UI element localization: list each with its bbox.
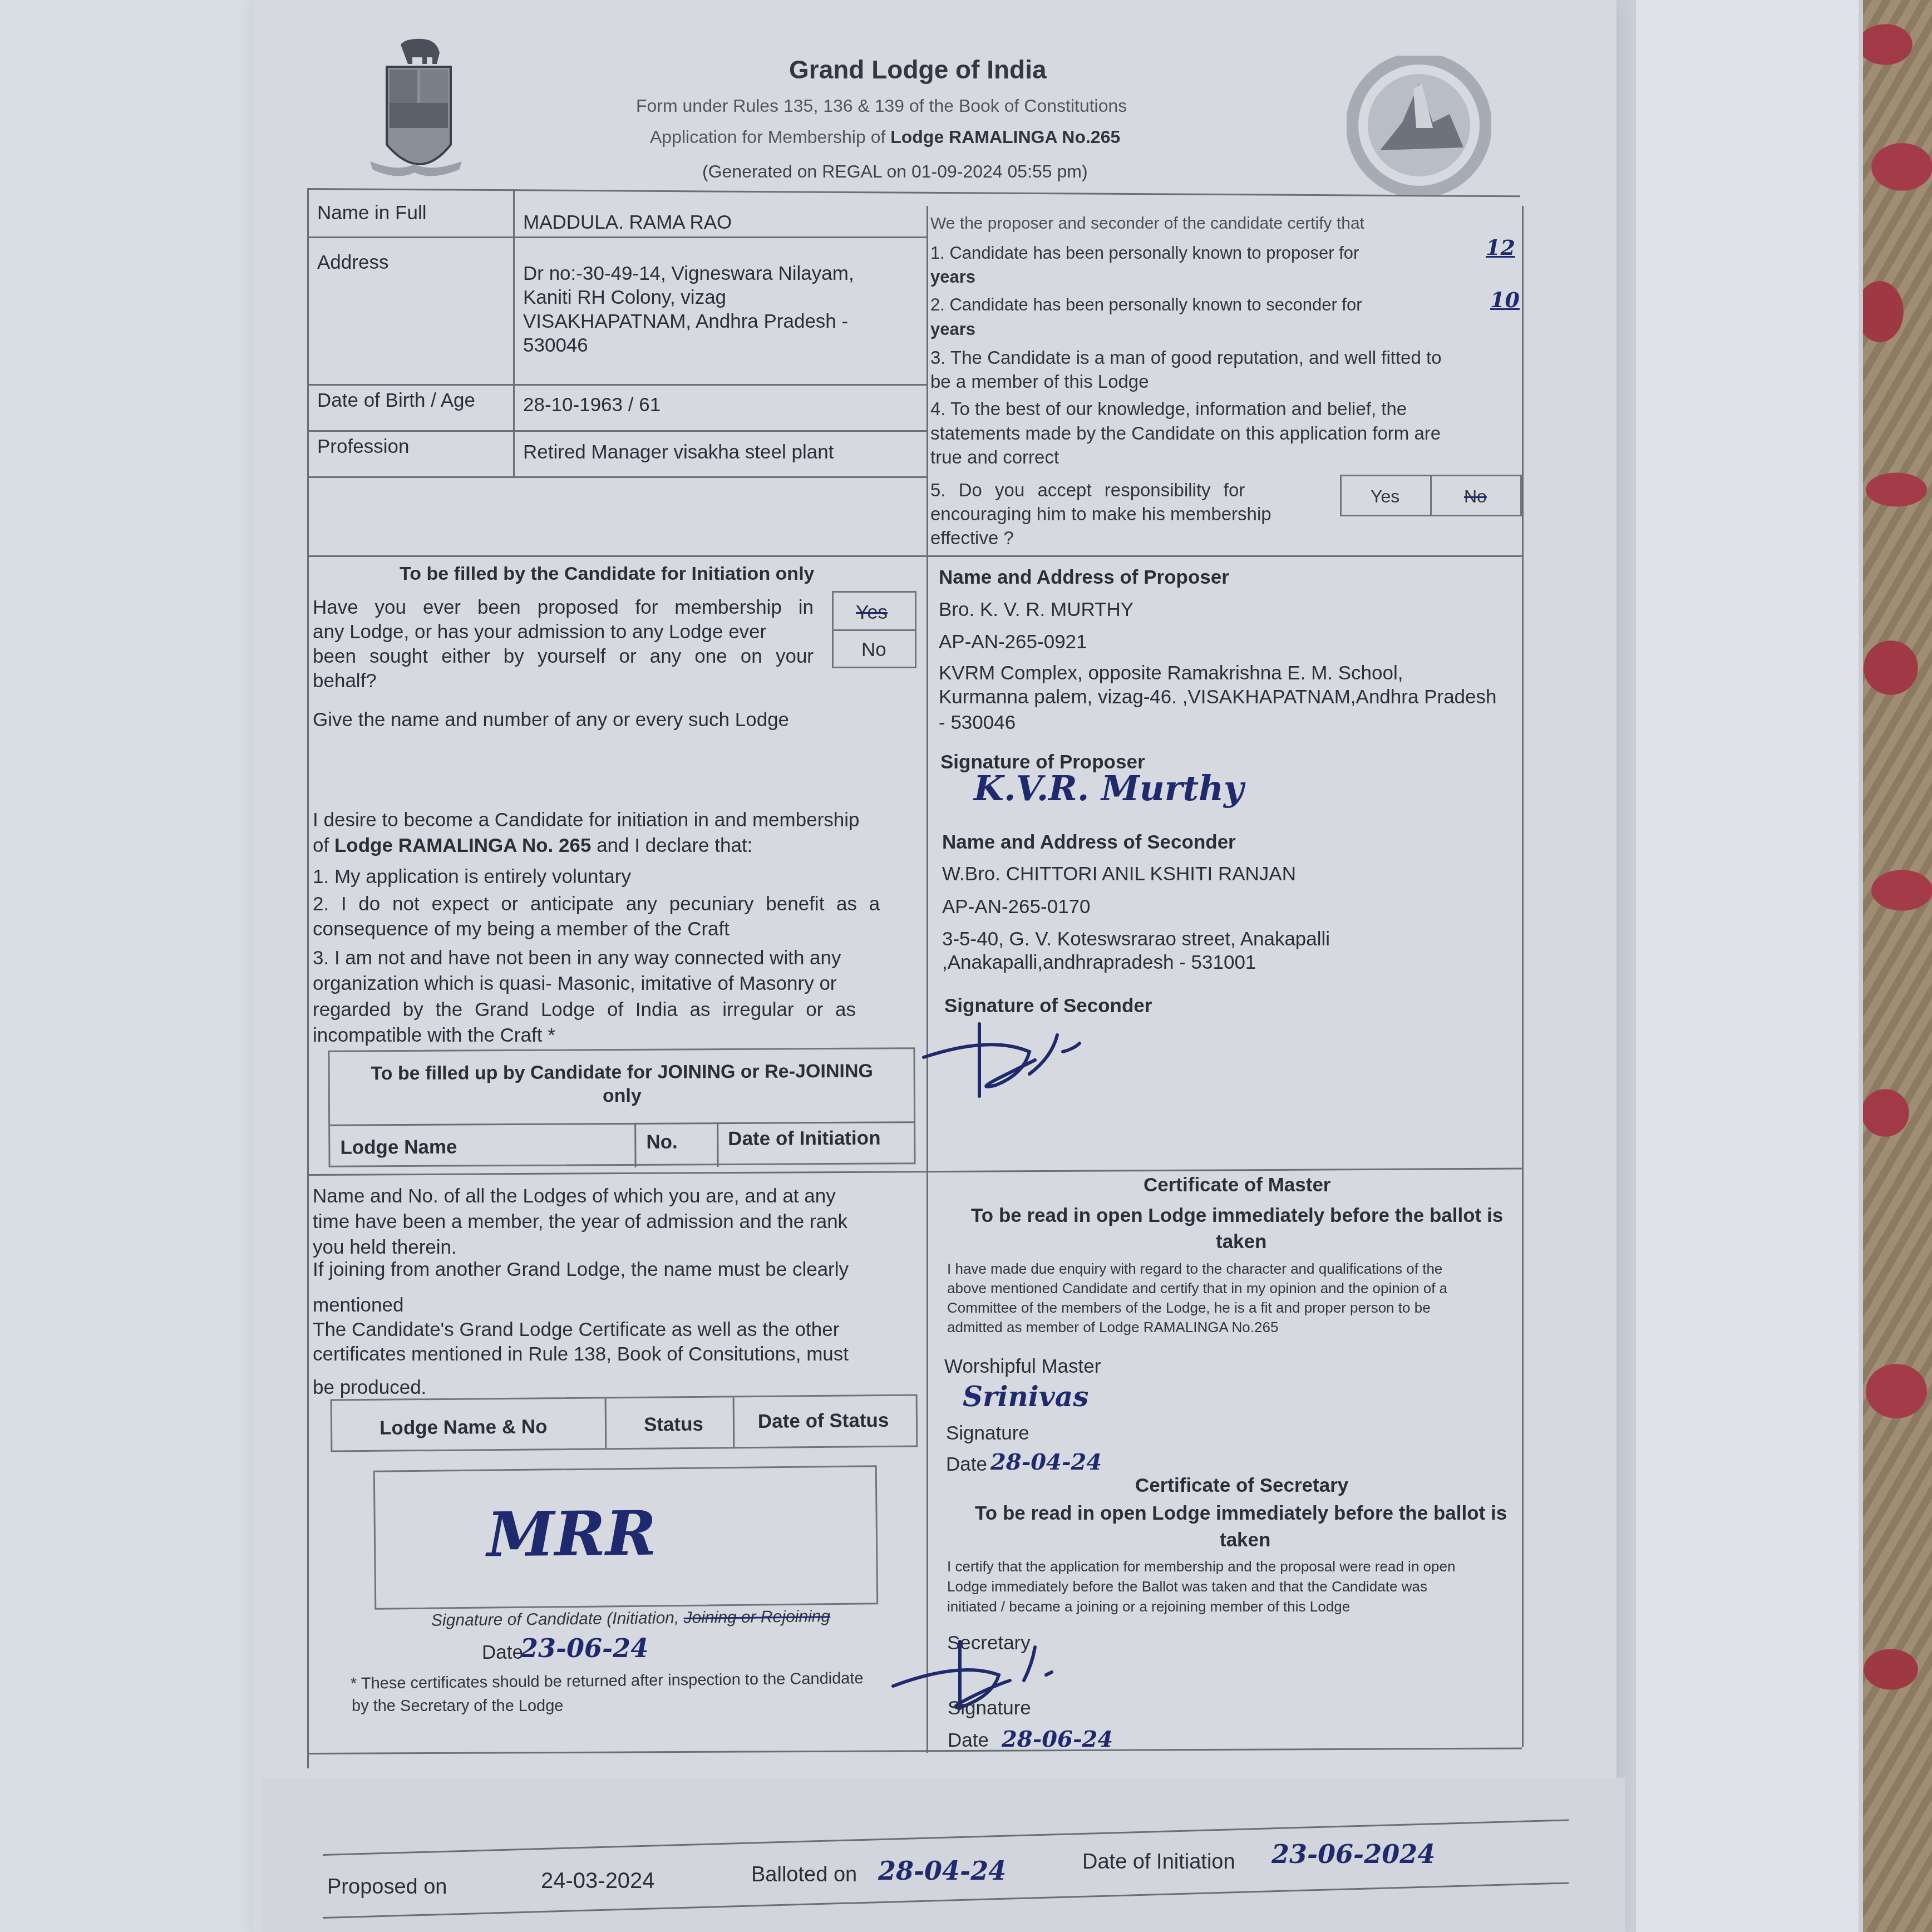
background-left: [0, 0, 262, 1932]
joining-table-divider: [330, 1121, 914, 1126]
joining-col-date-of-initiation: Date of Initiation: [728, 1127, 880, 1150]
desire-tail: and I declare that:: [591, 835, 752, 856]
seconder-signature-label: Signature of Seconder: [944, 995, 1152, 1017]
dob-value: 28-10-1963 / 61: [523, 394, 661, 416]
years-label-1: years: [930, 267, 975, 287]
certification-item-1: 1. Candidate has been personally known t…: [930, 243, 1359, 263]
declaration-3-line-1: 3. I am not and have not been in any way…: [313, 947, 841, 969]
history-para-1-line-3: you held therein.: [313, 1236, 457, 1259]
give-lodge-name-prompt: Give the name and number of any or every…: [313, 709, 789, 731]
profession-label: Profession: [317, 436, 409, 458]
declaration-2-line-1: 2. I do not expect or anticipate any pec…: [313, 893, 880, 915]
joining-heading-line-1: To be filled up by Candidate for JOINING…: [330, 1060, 914, 1085]
balloted-on-date: 28-04-24: [878, 1856, 1006, 1886]
name-value: MADDULA. RAMA RAO: [523, 211, 732, 234]
initiation-question-line-4: behalf?: [313, 669, 814, 693]
grid-center: [926, 206, 928, 1753]
history-col-date-of-status: Date of Status: [758, 1409, 889, 1433]
proposer-name: Bro. K. V. R. MURTHY: [939, 599, 1133, 621]
master-certificate-body-line-1: I have made due enquiry with regard to t…: [947, 1260, 1442, 1278]
certification-item-4-line-2: statements made by the Candidate on this…: [930, 423, 1441, 444]
responsibility-yes-label: Yes: [1371, 486, 1399, 507]
grid-h-address: [307, 384, 926, 386]
history-col-status: Status: [644, 1413, 703, 1436]
seconder-address-line-2: ,Anakapalli,andhrapradesh - 531001: [942, 952, 1256, 974]
secretary-certificate-body-line-2: Lodge immediately before the Ballot was …: [947, 1578, 1427, 1595]
address-line-2: Kaniti RH Colony, vizag: [523, 285, 854, 309]
history-para-3-line-1: The Candidate's Grand Lodge Certificate …: [313, 1319, 839, 1341]
grid-right: [1522, 206, 1524, 1747]
candidate-date-label: Date: [482, 1642, 523, 1664]
certification-item-5-line-1: 5. Do you accept responsibility for: [930, 480, 1245, 501]
grid-h-name: [307, 236, 926, 238]
history-para-2-line-2: mentioned: [313, 1294, 403, 1317]
initiation-no-option[interactable]: No: [832, 629, 916, 668]
generated-timestamp: (Generated on REGAL on 01-09-2024 05:55 …: [702, 161, 1088, 182]
date-of-initiation-value: 23-06-2024: [1271, 1839, 1435, 1869]
joining-heading-line-2: only: [330, 1083, 914, 1108]
proposer-reg-no: AP-AN-265-0921: [939, 631, 1087, 653]
candidate-signature: MRR: [486, 1497, 657, 1570]
history-para-3-line-2: certificates mentioned in Rule 138, Book…: [313, 1343, 849, 1366]
form-rules-subtitle: Form under Rules 135, 136 & 139 of the B…: [636, 96, 1127, 116]
elephant-crest-icon: [362, 33, 473, 189]
grid-h-dob: [307, 430, 926, 432]
page-title: Grand Lodge of India: [789, 55, 1047, 85]
initiation-question: Have you ever been proposed for membersh…: [313, 595, 814, 693]
grid-h-section2: [307, 555, 1522, 557]
proposer-address-line-2: Kurmanna palem, vizag-46. ,VISAKHAPATNAM…: [939, 686, 1497, 708]
master-certificate-subtitle-line-2: taken: [1216, 1231, 1266, 1253]
caption-struck: Joining or Rejoining: [683, 1607, 830, 1627]
circular-seal-icon: [1347, 56, 1491, 195]
balloted-on-label: Balloted on: [751, 1863, 857, 1887]
initiation-heading: To be filled by the Candidate for Initia…: [400, 563, 815, 585]
declaration-2-line-2: consequence of my being a member of the …: [313, 918, 730, 940]
secretary-certificate-subtitle-line-2: taken: [1220, 1529, 1270, 1551]
secretary-certificate-title: Certificate of Secretary: [1135, 1475, 1348, 1497]
desire-statement-line-1: I desire to become a Candidate for initi…: [313, 809, 860, 831]
history-para-2-line-1: If joining from another Grand Lodge, the…: [313, 1259, 849, 1281]
history-para-3-line-3: be produced.: [313, 1377, 426, 1399]
master-certificate-body-line-4: admitted as member of Lodge RAMALINGA No…: [947, 1319, 1278, 1336]
responsibility-yes-option[interactable]: Yes: [1340, 475, 1432, 516]
secretary-certificate-body-line-3: initiated / became a joining or a rejoin…: [947, 1598, 1350, 1615]
history-col-lodge-name-no: Lodge Name & No: [379, 1416, 548, 1440]
history-para-1-line-1: Name and No. of all the Lodges of which …: [313, 1185, 836, 1207]
master-certificate-subtitle-line-1: To be read in open Lodge immediately bef…: [971, 1205, 1503, 1227]
name-label: Name in Full: [317, 202, 426, 224]
master-signature: Srinivas: [963, 1380, 1088, 1413]
desire-of: of: [313, 835, 334, 856]
declaration-3-line-4: incompatible with the Craft *: [313, 1024, 555, 1047]
desire-lodge: Lodge RAMALINGA No. 265: [334, 835, 592, 856]
declaration-3-line-2: organization which is quasi- Masonic, im…: [313, 973, 837, 995]
address-value: Dr no:-30-49-14, Vigneswara Nilayam, Kan…: [523, 262, 854, 357]
certification-item-2: 2. Candidate has been personally known t…: [930, 295, 1362, 315]
address-line-4: 530046: [523, 333, 854, 357]
proposer-years: 12: [1486, 235, 1515, 260]
grid-left: [307, 188, 309, 1768]
date-of-initiation-label: Date of Initiation: [1082, 1850, 1235, 1874]
initiation-yes-option[interactable]: Yes: [832, 591, 916, 631]
proposer-address-line-1: KVRM Complex, opposite Ramakrishna E. M.…: [939, 662, 1403, 684]
initiation-question-line-3: been sought either by yourself or any on…: [313, 644, 814, 669]
secretary-certificate-body-line-1: I certify that the application for membe…: [947, 1558, 1455, 1575]
worshipful-master-label: Worshipful Master: [944, 1356, 1101, 1378]
lodge-history-table: Lodge Name & No Status Date of Status: [331, 1394, 918, 1452]
joining-col-divider-2: [717, 1122, 718, 1167]
responsibility-no-option[interactable]: No: [1430, 475, 1522, 516]
declaration-3-line-3: regarded by the Grand Lodge of India as …: [313, 999, 856, 1021]
proposed-on-label: Proposed on: [327, 1875, 447, 1899]
address-line-1: Dr no:-30-49-14, Vigneswara Nilayam,: [523, 262, 854, 285]
responsibility-no-label: No: [1464, 486, 1487, 507]
secretary-certificate-subtitle-line-1: To be read in open Lodge immediately bef…: [975, 1502, 1507, 1525]
proposer-address-line-3: - 530046: [939, 712, 1016, 734]
history-col-divider-1: [605, 1398, 607, 1448]
grid-v-labels: [513, 189, 515, 476]
certification-item-3-line-2: be a member of this Lodge: [930, 371, 1149, 392]
certification-item-4-line-1: 4. To the best of our knowledge, informa…: [930, 398, 1407, 420]
years-label-2: years: [930, 319, 975, 339]
history-col-divider-2: [733, 1397, 735, 1447]
seconder-reg-no: AP-AN-265-0170: [942, 896, 1091, 918]
initiation-yes-label: Yes: [856, 602, 888, 624]
candidate-signature-box[interactable]: MRR: [373, 1465, 879, 1609]
master-date: 28-04-24: [990, 1449, 1102, 1475]
background-right-paper: [1636, 0, 1859, 1932]
master-certificate-body-line-2: above mentioned Candidate and certify th…: [947, 1280, 1447, 1297]
seconder-address-line-1: 3-5-40, G. V. Koteswsrarao street, Anaka…: [942, 928, 1330, 950]
certification-item-3-line-1: 3. The Candidate is a man of good reputa…: [930, 347, 1442, 368]
proposed-on-date: 24-03-2024: [541, 1869, 655, 1894]
certification-item-5-line-3: effective ?: [930, 528, 1014, 549]
declaration-1: 1. My application is entirely voluntary: [313, 866, 631, 888]
initiation-question-line-1: Have you ever been proposed for membersh…: [313, 595, 814, 620]
master-certificate-title: Certificate of Master: [1144, 1174, 1330, 1196]
fabric-background: [1863, 0, 1932, 1932]
certificates-note-line-2: by the Secretary of the Lodge: [352, 1697, 563, 1716]
master-date-label: Date: [946, 1453, 987, 1476]
proposer-heading: Name and Address of Proposer: [939, 566, 1229, 589]
seconder-years: 10: [1490, 287, 1520, 312]
proposer-signature: K.V.R. Murthy: [974, 768, 1244, 809]
secretary-signature-label: Signature: [948, 1697, 1031, 1719]
grid-h-profession: [307, 476, 926, 478]
application-subtitle: Application for Membership of Lodge RAMA…: [650, 127, 1120, 147]
secretary-date: 28-06-24: [1002, 1726, 1113, 1752]
joining-col-divider-1: [634, 1123, 636, 1167]
address-label: Address: [317, 252, 388, 274]
address-line-3: VISAKHAPATNAM, Andhra Pradesh -: [523, 309, 854, 333]
seconder-name: W.Bro. CHITTORI ANIL KSHITI RANJAN: [942, 863, 1296, 885]
desire-statement-line-2: of Lodge RAMALINGA No. 265 and I declare…: [313, 835, 752, 857]
certification-item-4-line-3: true and correct: [930, 447, 1059, 468]
secretary-date-label: Date: [948, 1729, 989, 1752]
joining-col-no: No.: [646, 1131, 678, 1153]
certification-item-5-line-2: encouraging him to make his membership: [930, 504, 1271, 525]
certification-intro: We the proposer and seconder of the cand…: [930, 214, 1364, 233]
seconder-heading: Name and Address of Seconder: [942, 831, 1236, 854]
candidate-date: 23-06-24: [520, 1633, 648, 1663]
joining-table: To be filled up by Candidate for JOINING…: [328, 1047, 915, 1167]
initiation-no-label: No: [861, 639, 886, 661]
history-para-1-line-2: time have been a member, the year of adm…: [313, 1211, 847, 1233]
dob-label: Date of Birth / Age: [317, 390, 475, 412]
lodge-name: Lodge RAMALINGA No.265: [890, 127, 1120, 147]
seconder-signature: [918, 1018, 1118, 1102]
profession-value: Retired Manager visakha steel plant: [523, 441, 834, 464]
master-signature-label: Signature: [946, 1422, 1029, 1445]
joining-col-lodge-name: Lodge Name: [340, 1136, 457, 1159]
caption-prefix: Signature of Candidate (Initiation,: [431, 1609, 684, 1630]
master-certificate-body-line-3: Committee of the members of the Lodge, h…: [947, 1299, 1431, 1317]
application-subtitle-prefix: Application for Membership of: [650, 127, 890, 147]
initiation-question-line-2: any Lodge, or has your admission to any …: [313, 620, 814, 644]
